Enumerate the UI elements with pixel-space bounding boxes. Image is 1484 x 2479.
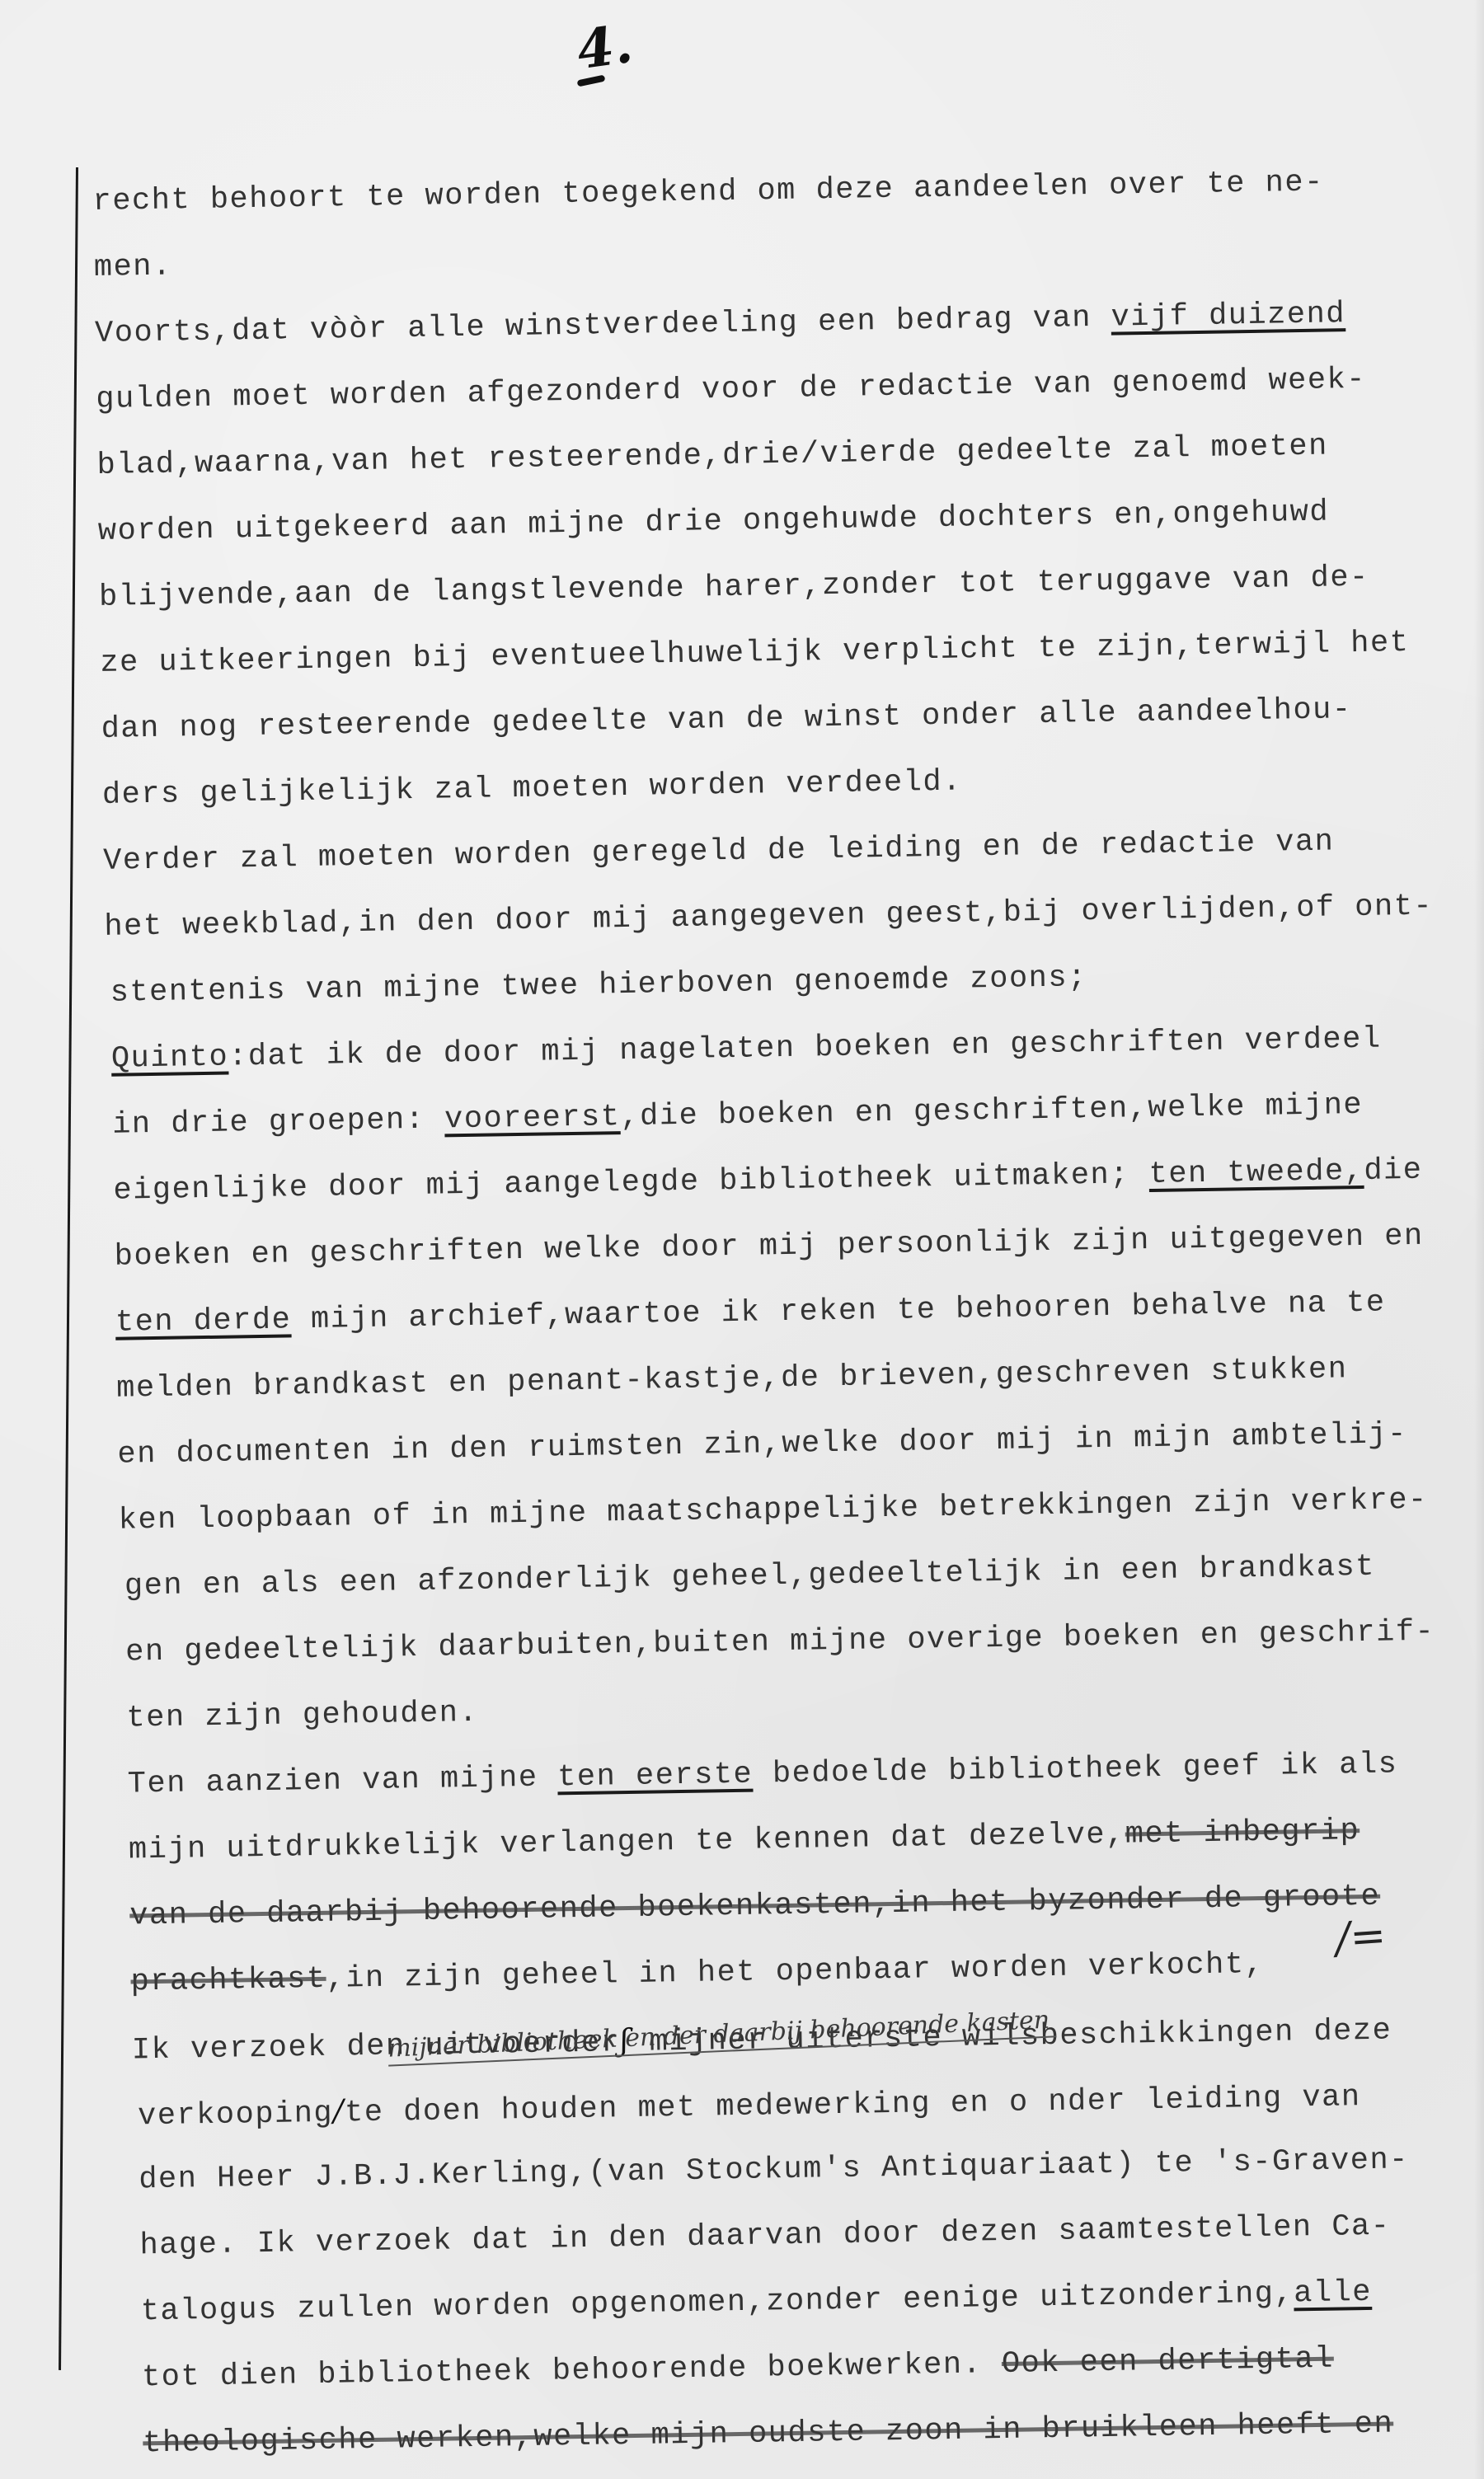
text-segment: ken loopbaan of in mijne maatschappelijk… xyxy=(118,1483,1428,1538)
struck-text: Ook een dertigtal xyxy=(1002,2342,1335,2382)
text-segment: talogus zullen worden opgenomen,zonder e… xyxy=(141,2276,1294,2329)
text-segment: hage. Ik verzoek dat in den daarvan door… xyxy=(139,2209,1391,2264)
text-segment: recht behoort te worden toegekend om dez… xyxy=(92,166,1324,219)
text-segment: eigenlijke door mij aangelegde bibliothe… xyxy=(113,1157,1149,1209)
text-segment: ze uitkeeringen bij eventueelhuwelijk ve… xyxy=(100,626,1410,681)
underlined-text: ten tweede, xyxy=(1148,1154,1364,1192)
text-segment: ders gelijkelijk zal moeten worden verde… xyxy=(102,765,962,813)
text-segment: Verder zal moeten worden geregeld de lei… xyxy=(103,824,1335,878)
text-segment: mijn uitdrukkelijk verlangen te kennen d… xyxy=(129,1818,1125,1868)
struck-text: van de daarbij behoorende boekenkasten,i… xyxy=(129,1880,1381,1934)
struck-text: theologische werken,welke mijn oudste zo… xyxy=(143,2407,1394,2462)
text-segment: tot dien bibliotheek behoorende boekwerk… xyxy=(142,2347,1002,2395)
text-segment: in drie groepen: xyxy=(112,1102,445,1142)
text-segment: ten zijn gehouden. xyxy=(126,1696,478,1736)
text-segment: boeken en geschriften welke door mij per… xyxy=(114,1219,1424,1275)
text-segment: men. xyxy=(94,249,172,284)
text-segment: :dat ik de door mij nagelaten boeken en … xyxy=(228,1022,1382,1075)
text-segment: melden brandkast en penant-kastje,de bri… xyxy=(116,1352,1348,1406)
text-segment: en documenten in den ruimsten zin,welke … xyxy=(117,1417,1407,1472)
text-segment: die xyxy=(1364,1153,1423,1189)
struck-text: met inbegrip xyxy=(1125,1814,1360,1852)
underlined-text: ten eerste xyxy=(557,1758,754,1796)
text-segment: het weekblad,in den door mij aangegeven … xyxy=(104,890,1433,945)
text-segment: en gedeeltelijk daarbuiten,buiten mijne … xyxy=(125,1615,1435,1670)
text-segment: den Heer J.B.J.Kerling,(van Stockum's An… xyxy=(139,2143,1409,2197)
underlined-text: vooreerst xyxy=(444,1100,621,1137)
insertion-caret: / xyxy=(333,2092,345,2128)
text-segment: worden uitgekeerd aan mijne drie ongehuw… xyxy=(98,495,1330,548)
text-segment: mijn archief,waartoe ik reken te behoore… xyxy=(291,1286,1386,1338)
text-segment: gulden moet worden afgezonderd voor de r… xyxy=(96,363,1366,417)
text-segment: Voorts,dat vòòr alle winstverdeeling een… xyxy=(95,301,1111,351)
underlined-text: Quinto xyxy=(111,1040,229,1077)
text-segment: ,in zijn geheel in het openbaar worden v… xyxy=(326,1947,1264,1997)
underlined-text: vijf duizend xyxy=(1111,297,1345,335)
text-segment: stentenis van mijne twee hierboven genoe… xyxy=(110,960,1087,1011)
text-segment: gen en als een afzonderlijk geheel,gedee… xyxy=(124,1550,1376,1604)
text-segment: verkooping xyxy=(138,2096,334,2134)
page-number: 4. xyxy=(573,13,636,82)
text-segment: ,die boeken en geschriften,welke mijne xyxy=(620,1088,1363,1134)
text-segment: te doen houden met medewerking en o nder… xyxy=(345,2080,1361,2130)
underlined-text: alle xyxy=(1294,2275,1372,2311)
struck-text: prachtkast xyxy=(130,1962,326,2000)
underlined-text: ten derde xyxy=(115,1303,292,1340)
text-segment: blad,waarna,van het resteerende,drie/vie… xyxy=(96,430,1328,483)
typed-text-body: recht behoort te worden toegekend om dez… xyxy=(92,148,1484,2477)
margin-correction-mark: /= xyxy=(1334,1911,1388,1964)
left-margin-rule xyxy=(59,167,78,2370)
text-segment: bedoelde bibliotheek geef ik als xyxy=(753,1747,1398,1791)
text-segment: blijvende,aan de langstlevende harer,zon… xyxy=(99,561,1369,615)
text-segment: Ten aanzien van mijne xyxy=(127,1760,557,1801)
text-segment: dan nog resteerende gedeelte van de wins… xyxy=(101,693,1352,747)
